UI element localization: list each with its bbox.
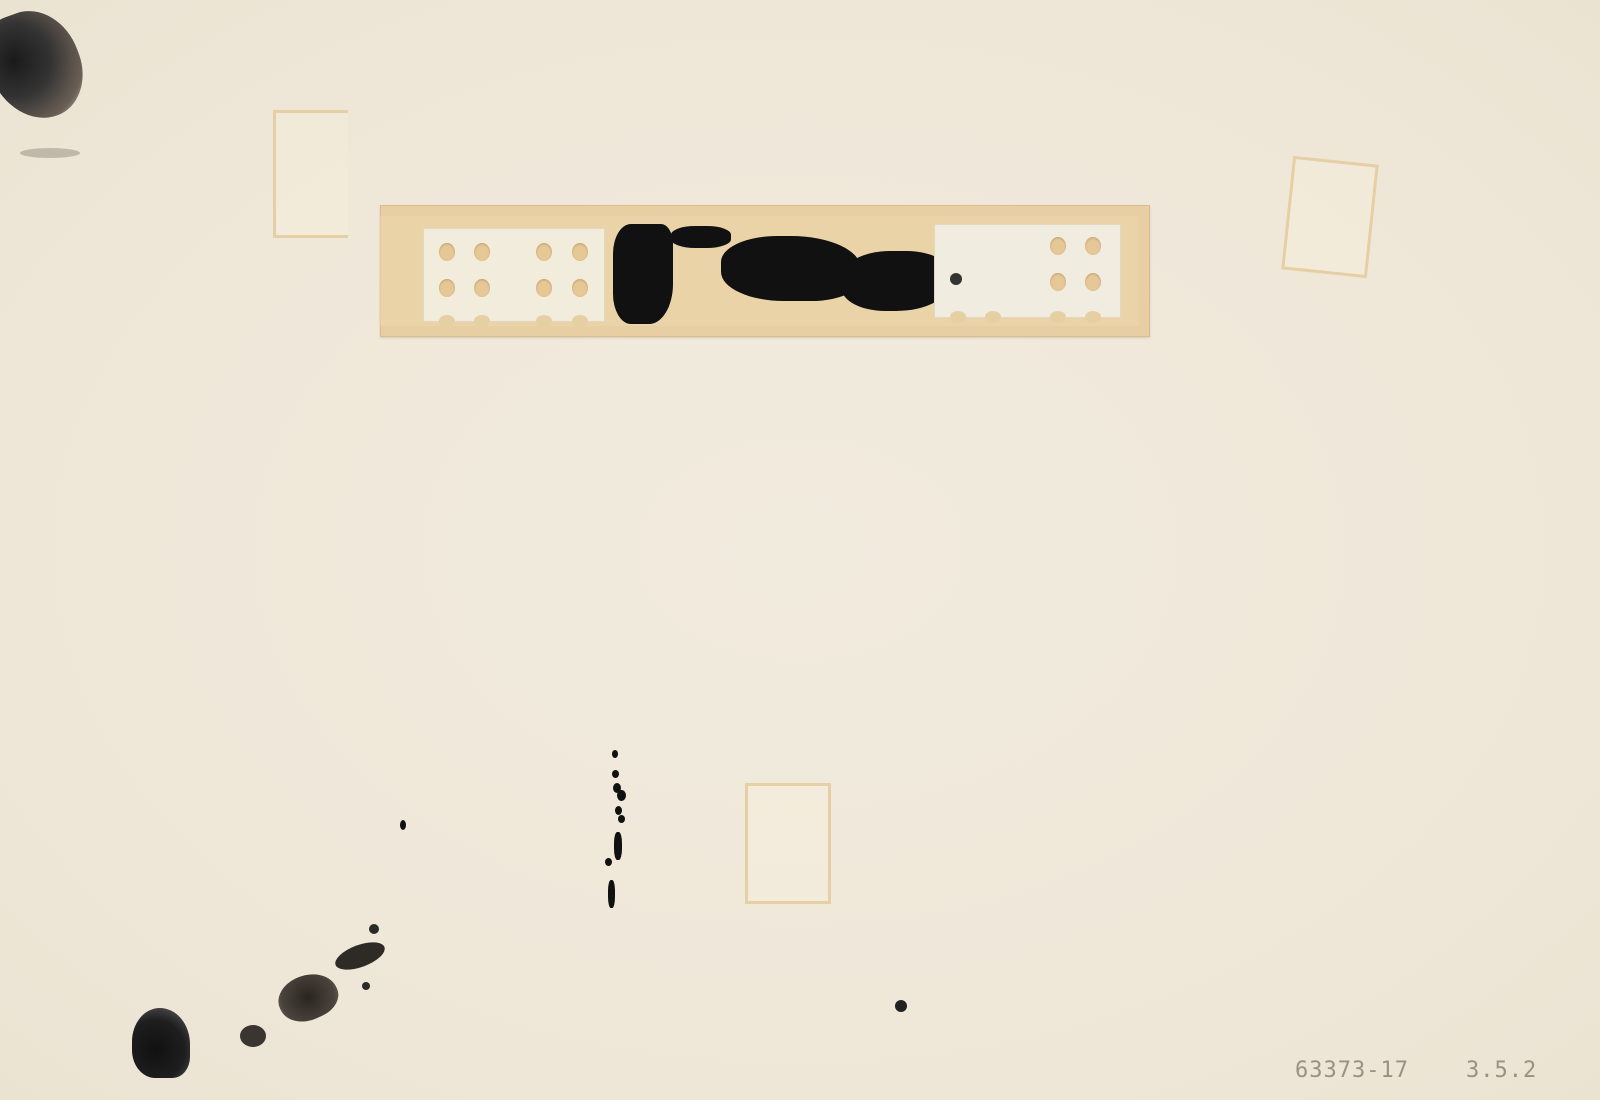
ink-blot-center-2 <box>671 226 731 248</box>
ink-smudge-top-left <box>20 148 80 158</box>
inventory-number: 63373-17 <box>1295 1058 1409 1083</box>
paper-artwork-back: 63373-17 3.5.2 <box>0 0 1600 1100</box>
tape-residue-top-left <box>273 110 348 238</box>
tape-strip <box>380 205 1150 337</box>
ink-stain-top-left <box>0 0 96 132</box>
ink-blot-center <box>613 224 673 324</box>
tape-residue-bottom-center <box>745 783 831 904</box>
ink-blot-center-3 <box>721 236 861 301</box>
tape-residue-top-right <box>1281 156 1378 278</box>
right-perforated-tape <box>934 224 1121 318</box>
catalog-code: 3.5.2 <box>1466 1058 1537 1083</box>
left-perforated-tape <box>423 228 605 322</box>
